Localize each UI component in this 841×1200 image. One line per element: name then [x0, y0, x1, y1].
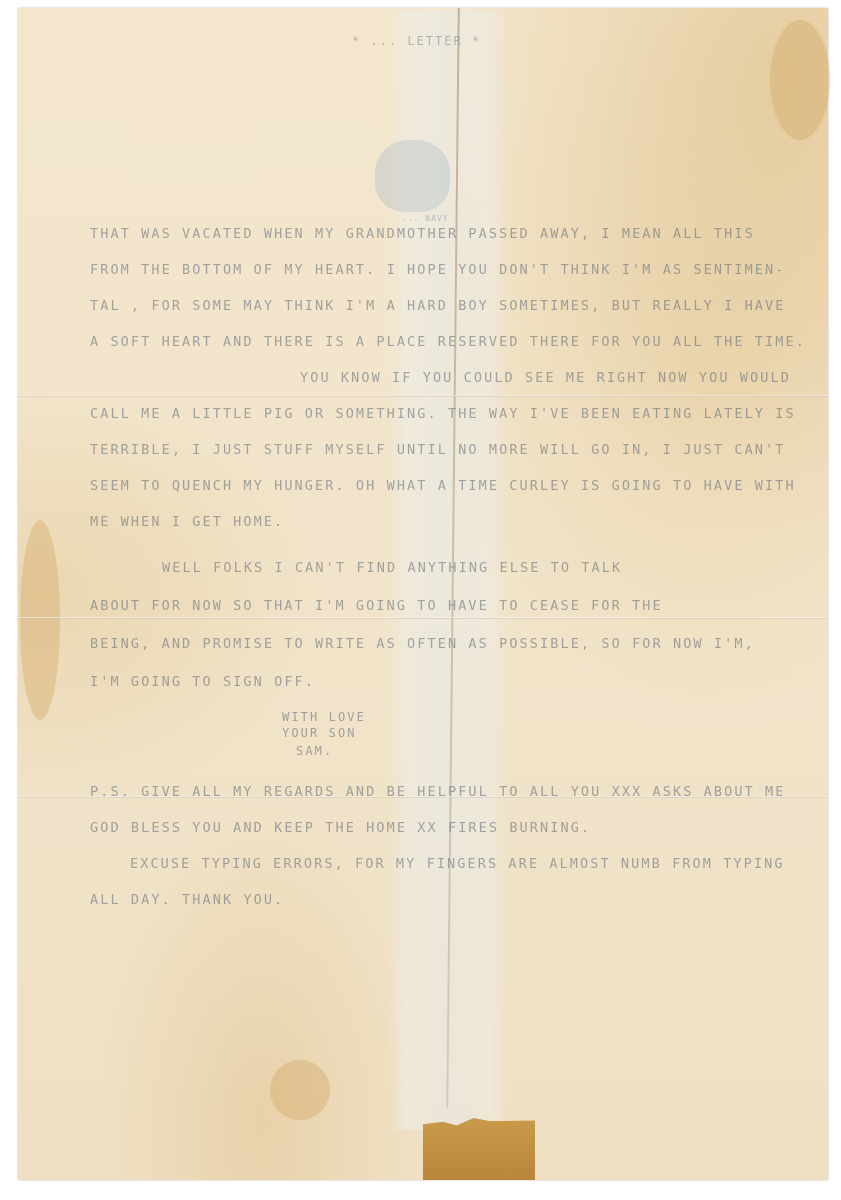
stain: [270, 1060, 330, 1120]
text-line: I'M GOING TO SIGN OFF.: [90, 674, 315, 690]
postscript-line: GOD BLESS YOU AND KEEP THE HOME XX FIRES…: [90, 820, 591, 836]
text-line: FROM THE BOTTOM OF MY HEART. I HOPE YOU …: [90, 262, 785, 278]
closing-line: YOUR SON: [282, 726, 357, 740]
brown-tape: [423, 1118, 535, 1180]
postscript-line: ALL DAY. THANK YOU.: [90, 892, 284, 908]
text-line: THAT WAS VACATED WHEN MY GRANDMOTHER PAS…: [90, 226, 755, 242]
fold-line: [18, 395, 828, 397]
stain: [770, 20, 830, 140]
text-line: ME WHEN I GET HOME.: [90, 514, 284, 530]
text-line: WELL FOLKS I CAN'T FIND ANYTHING ELSE TO…: [162, 560, 622, 576]
letterhead: * ... LETTER *: [352, 34, 481, 48]
emblem-icon: [375, 140, 450, 212]
text-line: ABOUT FOR NOW SO THAT I'M GOING TO HAVE …: [90, 598, 663, 614]
text-line: SEEM TO QUENCH MY HUNGER. OH WHAT A TIME…: [90, 478, 796, 494]
postscript-line: P.S. GIVE ALL MY REGARDS AND BE HELPFUL …: [90, 784, 785, 800]
fold-line: [18, 617, 828, 619]
signature: SAM.: [296, 744, 333, 758]
text-line: CALL ME A LITTLE PIG OR SOMETHING. THE W…: [90, 406, 796, 422]
text-line: TAL , FOR SOME MAY THINK I'M A HARD BOY …: [90, 298, 785, 314]
stain: [20, 520, 60, 720]
text-line: BEING, AND PROMISE TO WRITE AS OFTEN AS …: [90, 636, 755, 652]
text-line: TERRIBLE, I JUST STUFF MYSELF UNTIL NO M…: [90, 442, 785, 458]
postscript-line: EXCUSE TYPING ERRORS, FOR MY FINGERS ARE…: [130, 856, 785, 872]
emblem-caption: ... NAVY: [402, 214, 449, 223]
closing-line: WITH LOVE: [282, 710, 366, 724]
text-line: YOU KNOW IF YOU COULD SEE ME RIGHT NOW Y…: [300, 370, 791, 386]
text-line: A SOFT HEART AND THERE IS A PLACE RESERV…: [90, 334, 806, 350]
